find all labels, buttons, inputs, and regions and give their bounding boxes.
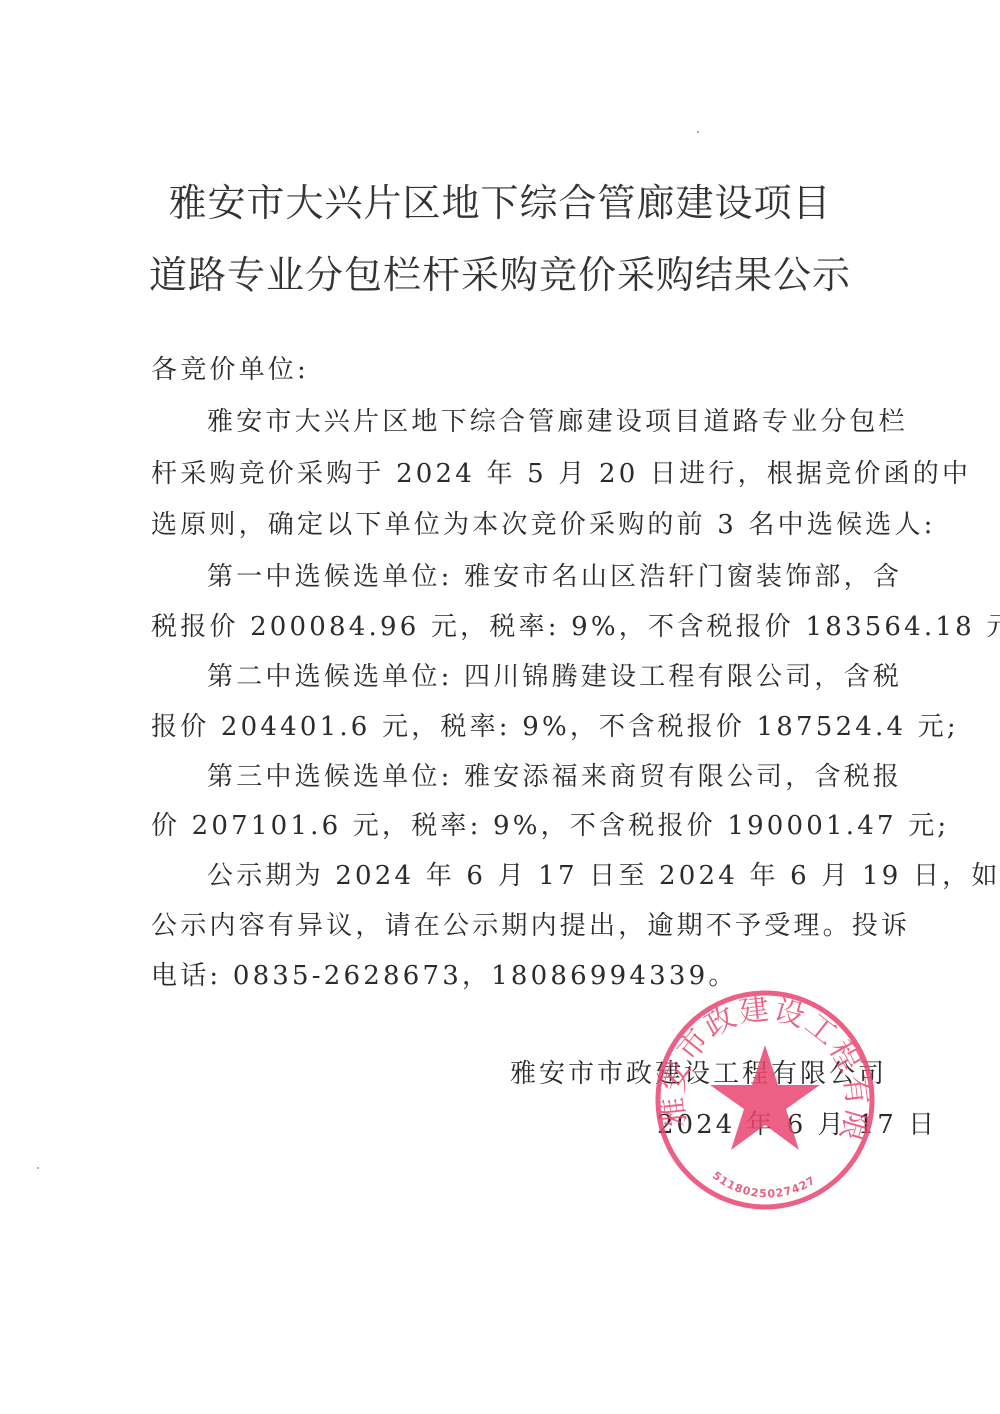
body-line: 雅安市大兴片区地下综合管廊建设项目道路专业分包栏 [207, 404, 863, 440]
objection-line: 公示内容有异议，请在公示期内提出，逾期不予受理。投诉 [151, 908, 863, 944]
candidate-1-price-line: 税报价 200084.96 元，税率: 9%，不含税报价 183564.18 元… [151, 609, 863, 645]
publicity-period-line: 公示期为 2024 年 6 月 17 日至 2024 年 6 月 19 日，如对 [207, 858, 863, 894]
candidate-3-line: 第三中选候选单位: 雅安添福来商贸有限公司，含税报 [207, 759, 863, 795]
candidate-3-price-line: 价 207101.6 元，税率: 9%，不含税报价 190001.47 元; [151, 808, 863, 844]
candidate-2-price-line: 报价 204401.6 元，税率: 9%，不含税报价 187524.4 元; [151, 709, 863, 745]
star-icon [710, 1045, 820, 1150]
candidate-2-line: 第二中选候选单位: 四川锦腾建设工程有限公司，含税 [207, 659, 863, 695]
body-line: 选原则，确定以下单位为本次竞价采购的前 3 名中选候选人: [151, 507, 863, 543]
scan-speck [37, 1167, 39, 1169]
body-line: 杆采购竞价采购于 2024 年 5 月 20 日进行，根据竞价函的中 [151, 456, 863, 492]
company-seal-stamp: 雅安市政建设工程有限公司 5118025027427 [650, 985, 880, 1215]
svg-text:5118025027427: 5118025027427 [710, 1169, 818, 1201]
document-title-line-2: 道路专业分包栏杆采购竞价采购结果公示 [0, 244, 1000, 299]
salutation: 各竞价单位: [151, 352, 863, 388]
document-title-line-1: 雅安市大兴片区地下综合管廊建设项目 [0, 172, 1000, 227]
candidate-1-line: 第一中选候选单位: 雅安市名山区浩轩门窗装饰部，含 [207, 559, 863, 595]
scan-speck [697, 131, 699, 133]
